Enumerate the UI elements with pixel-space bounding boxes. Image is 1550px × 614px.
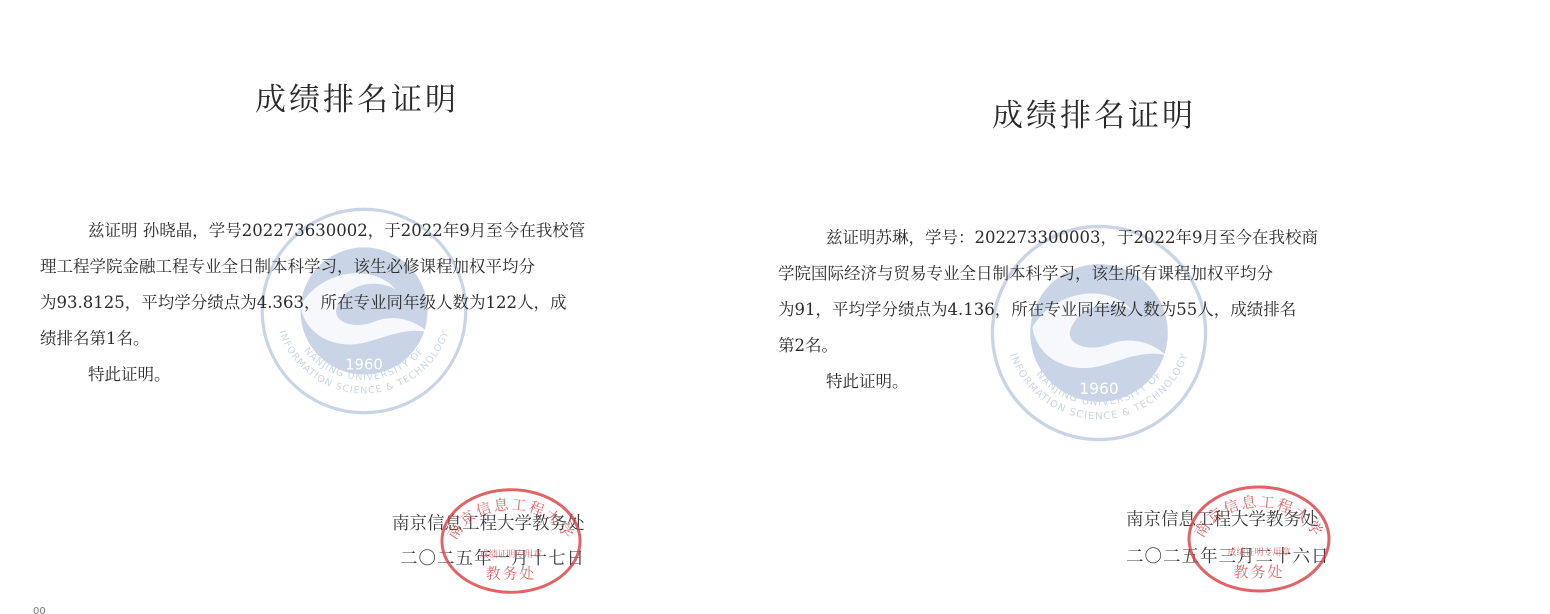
page-corner-mark: 00	[33, 606, 46, 614]
body-line: 第2名。	[778, 328, 1418, 364]
certificate-left: 成绩排名证明 1960 NANJING UNIVERSITY OF INFORM…	[0, 0, 740, 614]
certificate-body: 兹证明 孙晓晶，学号202273630002，于2022年9月至今在我校管 理工…	[40, 213, 680, 393]
body-line: 学院国际经济与贸易专业全日制本科学习，该生所有课程加权平均分	[778, 256, 1418, 292]
body-line: 为93.8125，平均学分绩点为4.363，所在专业同年级人数为122人，成	[40, 285, 680, 321]
svg-text:教务处: 教务处	[1233, 563, 1284, 581]
body-line: 兹证明 孙晓晶，学号202273630002，于2022年9月至今在我校管	[40, 213, 680, 249]
certificate-title: 成绩排名证明	[255, 74, 459, 119]
body-line: 绩排名第1名。	[40, 321, 680, 357]
body-line: 理工程学院金融工程专业全日制本科学习，该生必修课程加权平均分	[40, 249, 680, 285]
official-seal-stamp: 南京信息工程大学 成绩证明专用章 教务处	[1183, 483, 1335, 595]
svg-text:成绩证明专用章: 成绩证明专用章	[480, 548, 542, 560]
svg-text:教务处: 教务处	[486, 565, 536, 582]
svg-text:成绩证明专用章: 成绩证明专用章	[1227, 546, 1290, 558]
body-line: 兹证明苏琳，学号：202273300003，于2022年9月至今在我校商	[778, 220, 1418, 256]
certificate-body: 兹证明苏琳，学号：202273300003，于2022年9月至今在我校商 学院国…	[778, 220, 1418, 400]
closing-line: 特此证明。	[40, 357, 680, 393]
certificate-right: 成绩排名证明 1960 NANJING UNIVERSITY OF INFORM…	[740, 0, 1550, 614]
official-seal-stamp: 南京信息工程大学 成绩证明专用章 教务处	[437, 485, 585, 597]
body-line: 为91，平均学分绩点为4.136，所在专业同年级人数为55人，成绩排名	[778, 292, 1418, 328]
closing-line: 特此证明。	[778, 364, 1418, 400]
certificate-title: 成绩排名证明	[992, 90, 1196, 135]
